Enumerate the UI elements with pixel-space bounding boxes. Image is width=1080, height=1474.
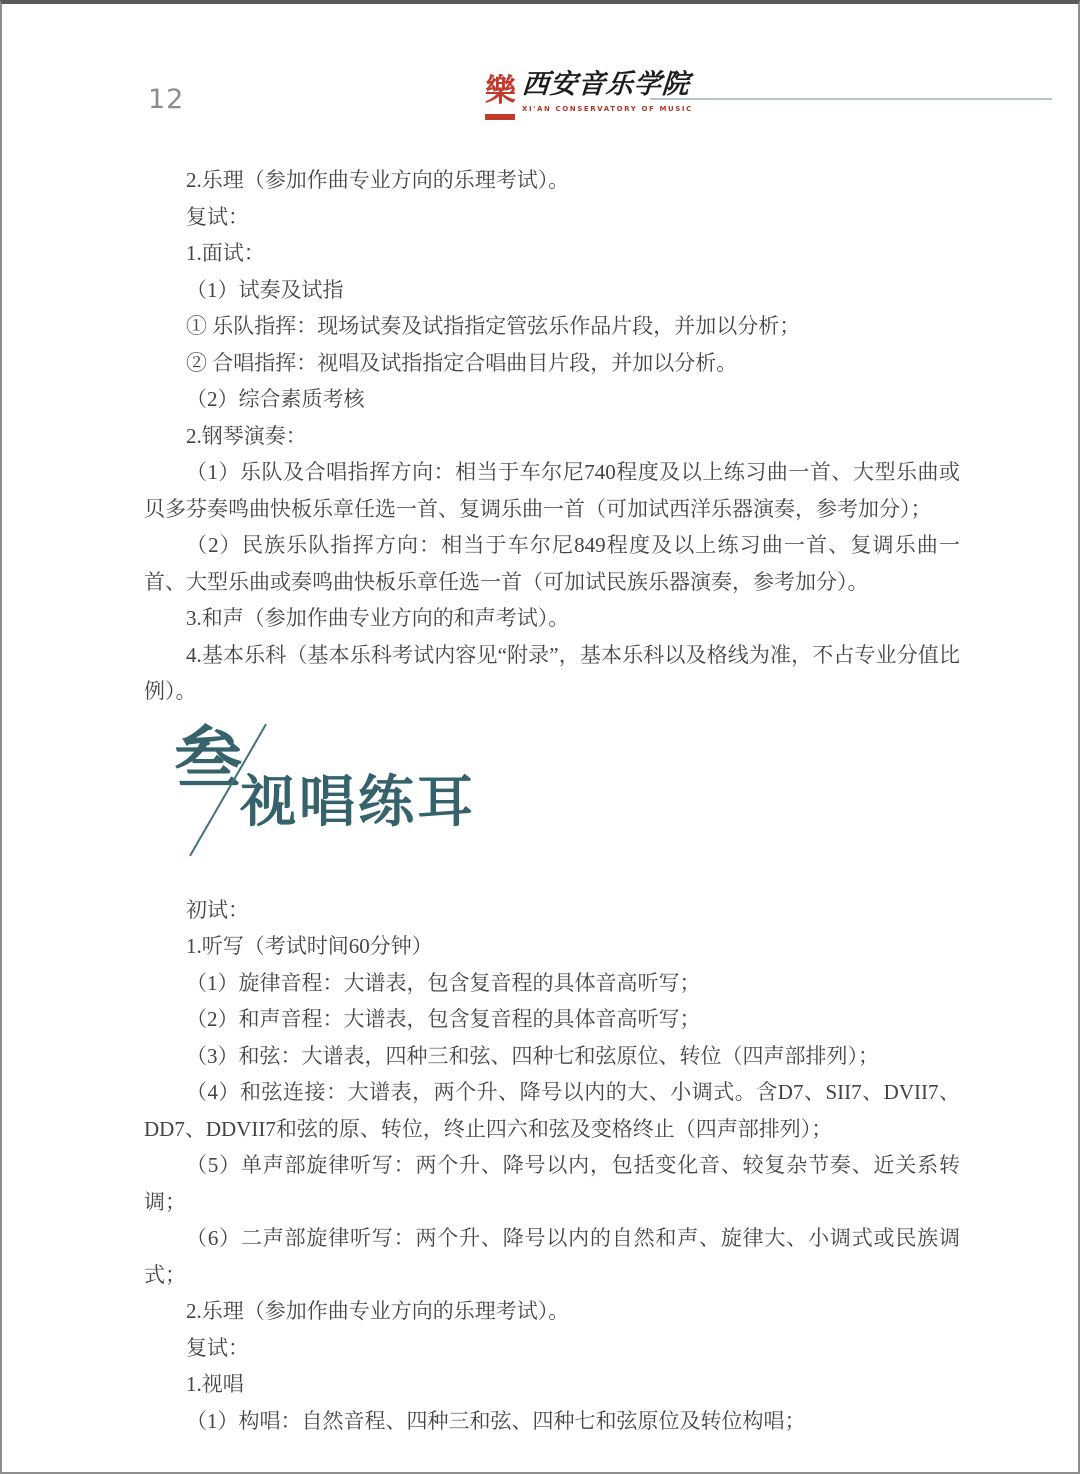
logo-name-english: XI'AN CONSERVATORY OF MUSIC — [522, 105, 693, 113]
body-line: 1.面试： — [144, 235, 960, 272]
logo-text: 西安音乐学院 XI'AN CONSERVATORY OF MUSIC — [522, 64, 693, 113]
body-line: （1）乐队及合唱指挥方向：相当于车尔尼740程度及以上练习曲一首、大型乐曲或贝多… — [144, 454, 960, 527]
conservatory-logo: 樂 西安音乐学院 XI'AN CONSERVATORY OF MUSIC — [485, 64, 693, 120]
body-line: （5）单声部旋律听写：两个升、降号以内，包括变化音、较复杂节奏、近关系转调； — [144, 1147, 960, 1220]
body-line: 1.听写（考试时间60分钟） — [144, 928, 960, 965]
document-body: 2.乐理（参加作曲专业方向的乐理考试）。 复试： 1.面试： （1）试奏及试指 … — [144, 162, 960, 1439]
body-line: （3）和弦：大谱表，四种三和弦、四种七和弦原位、转位（四声部排列）； — [144, 1038, 960, 1075]
body-line: 3.和声（参加作曲专业方向的和声考试）。 — [144, 600, 960, 637]
document-page: 12 樂 西安音乐学院 XI'AN CONSERVATORY OF MUSIC … — [0, 0, 1080, 1474]
body-line: ① 乐队指挥：现场试奏及试指指定管弦乐作品片段，并加以分析； — [144, 308, 960, 345]
body-line: （1）旋律音程：大谱表，包含复音程的具体音高听写； — [144, 965, 960, 1002]
header-divider-line — [650, 98, 1052, 100]
body-line: 2.钢琴演奏： — [144, 418, 960, 455]
body-line: 4.基本乐科（基本乐科考试内容见“附录”，基本乐科以及格线为准，不占专业分值比例… — [144, 637, 960, 710]
body-line: 复试： — [144, 199, 960, 236]
body-line: （6）二声部旋律听写：两个升、降号以内的自然和声、旋律大、小调式或民族调式； — [144, 1220, 960, 1293]
section-numeral: 叁 — [174, 720, 242, 798]
body-line: （2）民族乐队指挥方向：相当于车尔尼849程度及以上练习曲一首、复调乐曲一首、大… — [144, 527, 960, 600]
body-line: 2.乐理（参加作曲专业方向的乐理考试）。 — [144, 162, 960, 199]
section-header: 叁 视唱练耳 — [144, 714, 960, 892]
body-line: 复试： — [144, 1330, 960, 1367]
body-line: （1）试奏及试指 — [144, 272, 960, 309]
body-line: （1）构唱：自然音程、四种三和弦、四种七和弦原位及转位构唱； — [144, 1403, 960, 1440]
section-title: 视唱练耳 — [240, 770, 476, 836]
body-line: （2）和声音程：大谱表，包含复音程的具体音高听写； — [144, 1001, 960, 1038]
body-line: （4）和弦连接：大谱表，两个升、降号以内的大、小调式。含D7、SII7、DVII… — [144, 1074, 960, 1147]
page-number: 12 — [148, 84, 184, 115]
logo-seal-icon: 樂 — [485, 72, 515, 120]
body-line: 1.视唱 — [144, 1366, 960, 1403]
body-line: 初试： — [144, 892, 960, 929]
body-line: （2）综合素质考核 — [144, 381, 960, 418]
body-line: 2.乐理（参加作曲专业方向的乐理考试）。 — [144, 1293, 960, 1330]
body-line: ② 合唱指挥：视唱及试指指定合唱曲目片段，并加以分析。 — [144, 345, 960, 382]
